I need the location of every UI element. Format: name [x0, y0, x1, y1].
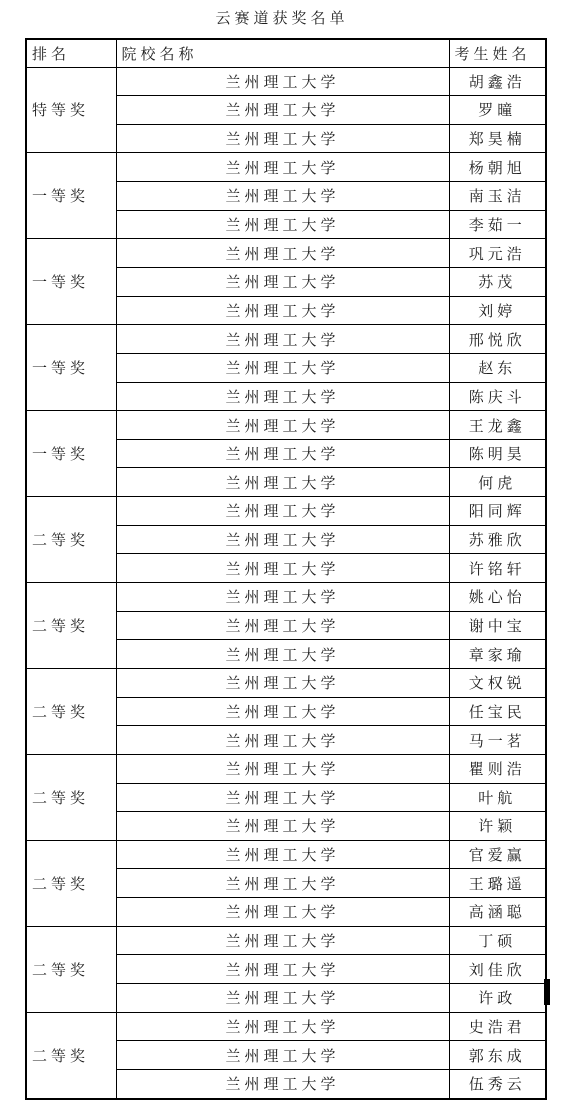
school-cell: 兰州理工大学 — [116, 1041, 449, 1070]
candidate-name-cell: 叶航 — [449, 783, 546, 812]
header-school: 院校名称 — [116, 39, 449, 67]
candidate-name-cell: 苏雅欣 — [449, 525, 546, 554]
table-row: 一等奖兰州理工大学巩元浩 — [26, 239, 546, 268]
rank-cell: 一等奖 — [26, 411, 116, 497]
candidate-name-cell: 巩元浩 — [449, 239, 546, 268]
candidate-name-cell: 邢悦欣 — [449, 325, 546, 354]
candidate-name-cell: 丁硕 — [449, 926, 546, 955]
school-cell: 兰州理工大学 — [116, 1012, 449, 1041]
school-cell: 兰州理工大学 — [116, 955, 449, 984]
candidate-name-cell: 阳同辉 — [449, 497, 546, 526]
candidate-name-cell: 何虎 — [449, 468, 546, 497]
candidate-name-cell: 许政 — [449, 984, 546, 1013]
candidate-name-cell: 郑昊楠 — [449, 124, 546, 153]
school-cell: 兰州理工大学 — [116, 583, 449, 612]
candidate-name-cell: 王璐遥 — [449, 869, 546, 898]
school-cell: 兰州理工大学 — [116, 153, 449, 182]
school-cell: 兰州理工大学 — [116, 67, 449, 96]
rank-cell: 二等奖 — [26, 754, 116, 840]
school-cell: 兰州理工大学 — [116, 640, 449, 669]
rank-cell: 二等奖 — [26, 1012, 116, 1099]
school-cell: 兰州理工大学 — [116, 182, 449, 211]
candidate-name-cell: 文权锐 — [449, 668, 546, 697]
rank-cell: 二等奖 — [26, 926, 116, 1012]
school-cell: 兰州理工大学 — [116, 124, 449, 153]
candidate-name-cell: 史浩君 — [449, 1012, 546, 1041]
candidate-name-cell: 许铭轩 — [449, 554, 546, 583]
candidate-name-cell: 罗曈 — [449, 96, 546, 125]
candidate-name-cell: 郭东成 — [449, 1041, 546, 1070]
school-cell: 兰州理工大学 — [116, 353, 449, 382]
school-cell: 兰州理工大学 — [116, 96, 449, 125]
school-cell: 兰州理工大学 — [116, 554, 449, 583]
rank-cell: 一等奖 — [26, 153, 116, 239]
school-cell: 兰州理工大学 — [116, 926, 449, 955]
candidate-name-cell: 许颖 — [449, 812, 546, 841]
table-row: 一等奖兰州理工大学杨朝旭 — [26, 153, 546, 182]
school-cell: 兰州理工大学 — [116, 869, 449, 898]
table-row: 一等奖兰州理工大学王龙鑫 — [26, 411, 546, 440]
rank-cell: 二等奖 — [26, 497, 116, 583]
school-cell: 兰州理工大学 — [116, 497, 449, 526]
school-cell: 兰州理工大学 — [116, 239, 449, 268]
candidate-name-cell: 陈明昊 — [449, 439, 546, 468]
rank-cell: 特等奖 — [26, 67, 116, 153]
candidate-name-cell: 杨朝旭 — [449, 153, 546, 182]
candidate-name-cell: 章家瑜 — [449, 640, 546, 669]
candidate-name-cell: 陈庆斗 — [449, 382, 546, 411]
candidate-name-cell: 刘婷 — [449, 296, 546, 325]
rank-cell: 二等奖 — [26, 583, 116, 669]
table-row: 一等奖兰州理工大学邢悦欣 — [26, 325, 546, 354]
candidate-name-cell: 谢中宝 — [449, 611, 546, 640]
table-row: 二等奖兰州理工大学文权锐 — [26, 668, 546, 697]
candidate-name-cell: 南玉洁 — [449, 182, 546, 211]
header-rank: 排名 — [26, 39, 116, 67]
candidate-name-cell: 苏茂 — [449, 267, 546, 296]
candidate-name-cell: 伍秀云 — [449, 1069, 546, 1099]
school-cell: 兰州理工大学 — [116, 325, 449, 354]
candidate-name-cell: 姚心怡 — [449, 583, 546, 612]
candidate-name-cell: 胡鑫浩 — [449, 67, 546, 96]
school-cell: 兰州理工大学 — [116, 726, 449, 755]
school-cell: 兰州理工大学 — [116, 697, 449, 726]
table-row: 二等奖兰州理工大学瞿则浩 — [26, 754, 546, 783]
text-cursor-artifact — [544, 979, 550, 1005]
school-cell: 兰州理工大学 — [116, 382, 449, 411]
school-cell: 兰州理工大学 — [116, 468, 449, 497]
table-row: 二等奖兰州理工大学姚心怡 — [26, 583, 546, 612]
rank-cell: 一等奖 — [26, 325, 116, 411]
school-cell: 兰州理工大学 — [116, 296, 449, 325]
school-cell: 兰州理工大学 — [116, 783, 449, 812]
candidate-name-cell: 官爱赢 — [449, 840, 546, 869]
school-cell: 兰州理工大学 — [116, 267, 449, 296]
header-candidate-name: 考生姓名 — [449, 39, 546, 67]
page-title: 云赛道获奖名单 — [0, 0, 564, 30]
school-cell: 兰州理工大学 — [116, 439, 449, 468]
school-cell: 兰州理工大学 — [116, 611, 449, 640]
rank-cell: 二等奖 — [26, 668, 116, 754]
school-cell: 兰州理工大学 — [116, 210, 449, 239]
school-cell: 兰州理工大学 — [116, 525, 449, 554]
table-row: 特等奖兰州理工大学胡鑫浩 — [26, 67, 546, 96]
table-row: 二等奖兰州理工大学史浩君 — [26, 1012, 546, 1041]
rank-cell: 二等奖 — [26, 840, 116, 926]
school-cell: 兰州理工大学 — [116, 984, 449, 1013]
candidate-name-cell: 马一茗 — [449, 726, 546, 755]
school-cell: 兰州理工大学 — [116, 754, 449, 783]
school-cell: 兰州理工大学 — [116, 668, 449, 697]
candidate-name-cell: 王龙鑫 — [449, 411, 546, 440]
school-cell: 兰州理工大学 — [116, 411, 449, 440]
candidate-name-cell: 刘佳欣 — [449, 955, 546, 984]
candidate-name-cell: 瞿则浩 — [449, 754, 546, 783]
school-cell: 兰州理工大学 — [116, 1069, 449, 1099]
school-cell: 兰州理工大学 — [116, 898, 449, 927]
candidate-name-cell: 高涵聪 — [449, 898, 546, 927]
table-row: 二等奖兰州理工大学丁硕 — [26, 926, 546, 955]
rank-cell: 一等奖 — [26, 239, 116, 325]
table-row: 二等奖兰州理工大学官爱赢 — [26, 840, 546, 869]
header-row: 排名 院校名称 考生姓名 — [26, 39, 546, 67]
candidate-name-cell: 赵东 — [449, 353, 546, 382]
candidate-name-cell: 任宝民 — [449, 697, 546, 726]
school-cell: 兰州理工大学 — [116, 812, 449, 841]
award-table: 排名 院校名称 考生姓名 特等奖兰州理工大学胡鑫浩兰州理工大学罗曈兰州理工大学郑… — [25, 38, 547, 1100]
candidate-name-cell: 李茹一 — [449, 210, 546, 239]
school-cell: 兰州理工大学 — [116, 840, 449, 869]
table-row: 二等奖兰州理工大学阳同辉 — [26, 497, 546, 526]
